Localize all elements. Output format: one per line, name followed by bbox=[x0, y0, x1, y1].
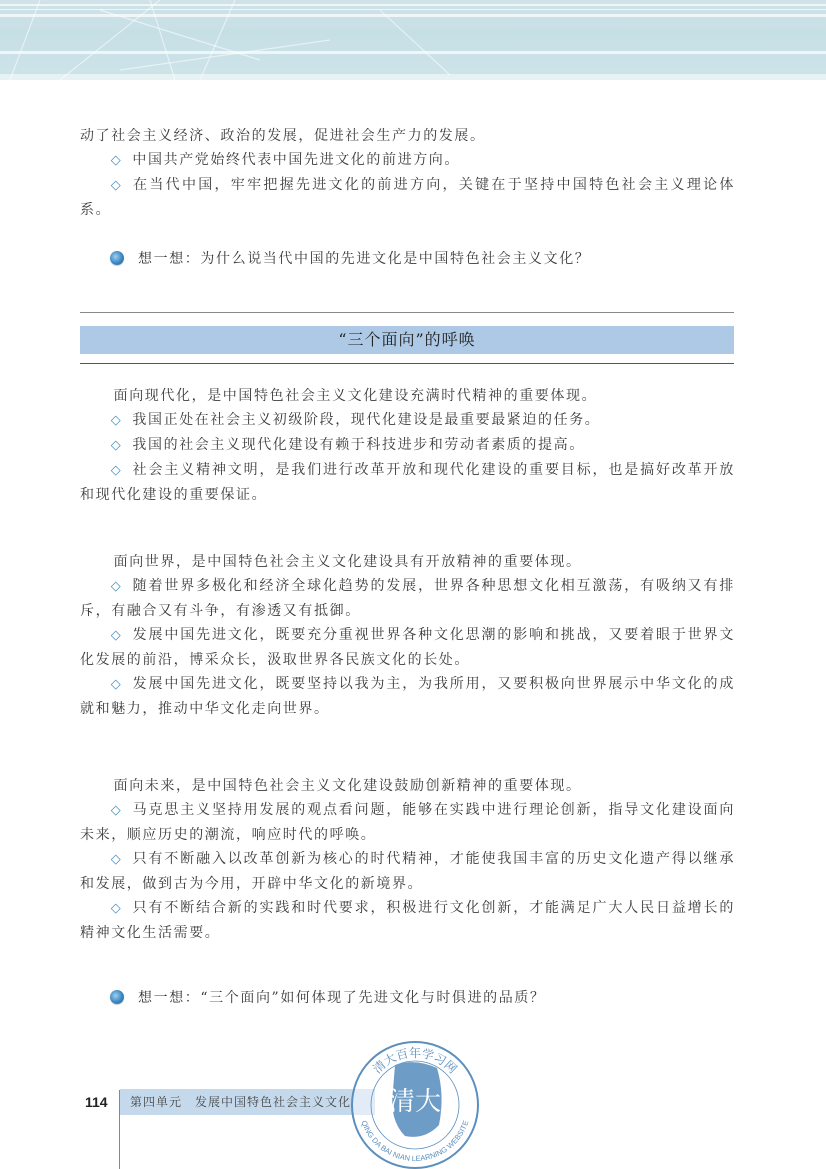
diamond-bullet-icon: ◇ bbox=[111, 149, 123, 173]
diamond-bullet-icon: ◇ bbox=[111, 848, 123, 872]
diamond-bullet-icon: ◇ bbox=[111, 897, 123, 921]
diamond-bullet-icon: ◇ bbox=[111, 673, 123, 697]
section-group-world: 面向世界，是中国特色社会主义文化建设具有开放精神的重要体现。 ◇随着世界多极化和… bbox=[80, 550, 735, 721]
diamond-bullet-icon: ◇ bbox=[111, 174, 123, 198]
group-lead: 面向世界，是中国特色社会主义文化建设具有开放精神的重要体现。 bbox=[80, 550, 735, 574]
bullet-item: ◇中国共产党始终代表中国先进文化的前进方向。 bbox=[80, 148, 735, 173]
think-prompt-2: 想一想：“三个面向”如何体现了先进文化与时俱进的品质？ bbox=[80, 987, 735, 1007]
diamond-bullet-icon: ◇ bbox=[111, 409, 123, 433]
bullet-item: ◇我国正处在社会主义初级阶段，现代化建设是最重要最紧迫的任务。 bbox=[80, 408, 735, 433]
bullet-item: ◇社会主义精神文明，是我们进行改革开放和现代化建设的重要目标，也是搞好改革开放和… bbox=[80, 458, 735, 507]
diamond-bullet-icon: ◇ bbox=[111, 799, 123, 823]
bullet-item: ◇只有不断结合新的实践和时代要求，积极进行文化创新，才能满足广大人民日益增长的精… bbox=[80, 896, 735, 945]
section-title: “三个面向”的呼唤 bbox=[80, 326, 734, 354]
footer-unit-title: 第四单元 发展中国特色社会主义文化 bbox=[120, 1089, 375, 1115]
section-group-future: 面向未来，是中国特色社会主义文化建设鼓励创新精神的重要体现。 ◇马克思主义坚持用… bbox=[80, 774, 735, 945]
group-lead: 面向未来，是中国特色社会主义文化建设鼓励创新精神的重要体现。 bbox=[80, 774, 735, 798]
bullet-item: ◇发展中国先进文化，既要坚持以我为主，为我所用，又要积极向世界展示中华文化的成就… bbox=[80, 672, 735, 721]
diamond-bullet-icon: ◇ bbox=[111, 575, 123, 599]
watermark-stamp-icon: 清大 清大百年学习网 QING DA BAI NIAN LEARNING WEB… bbox=[345, 1040, 485, 1169]
globe-icon bbox=[110, 990, 124, 1004]
divider-top bbox=[80, 312, 734, 313]
section-group-modernization: 面向现代化，是中国特色社会主义文化建设充满时代精神的重要体现。 ◇我国正处在社会… bbox=[80, 384, 735, 507]
header-banner bbox=[0, 0, 826, 80]
globe-icon bbox=[110, 251, 124, 265]
bullet-item: ◇随着世界多极化和经济全球化趋势的发展，世界各种思想文化相互激荡，有吸纳又有排斥… bbox=[80, 574, 735, 623]
think-prompt-1: 想一想：为什么说当代中国的先进文化是中国特色社会主义文化？ bbox=[80, 248, 735, 268]
diamond-bullet-icon: ◇ bbox=[111, 434, 123, 458]
bullet-item: ◇只有不断融入以改革创新为核心的时代精神，才能使我国丰富的历史文化遗产得以继承和… bbox=[80, 847, 735, 896]
bullet-item: ◇发展中国先进文化，既要充分重视世界各种文化思潮的影响和挑战，又要着眼于世界文化… bbox=[80, 623, 735, 672]
bullet-item: ◇我国的社会主义现代化建设有赖于科技进步和劳动者素质的提高。 bbox=[80, 433, 735, 458]
svg-text:清大: 清大 bbox=[389, 1087, 441, 1117]
diamond-bullet-icon: ◇ bbox=[111, 624, 123, 648]
page-number: 114 bbox=[85, 1094, 108, 1110]
bullet-item: ◇马克思主义坚持用发展的观点看问题，能够在实践中进行理论创新，指导文化建设面向未… bbox=[80, 798, 735, 847]
group-lead: 面向现代化，是中国特色社会主义文化建设充满时代精神的重要体现。 bbox=[80, 384, 735, 408]
divider-bottom bbox=[80, 363, 734, 364]
diamond-bullet-icon: ◇ bbox=[111, 459, 123, 483]
bullet-item: ◇在当代中国，牢牢把握先进文化的前进方向，关键在于坚持中国特色社会主义理论体系。 bbox=[80, 173, 735, 222]
banner-lines-decoration bbox=[0, 0, 826, 80]
intro-block: 动了社会主义经济、政治的发展，促进社会生产力的发展。 ◇中国共产党始终代表中国先… bbox=[80, 124, 735, 222]
paragraph-continuation: 动了社会主义经济、政治的发展，促进社会生产力的发展。 bbox=[80, 124, 735, 148]
